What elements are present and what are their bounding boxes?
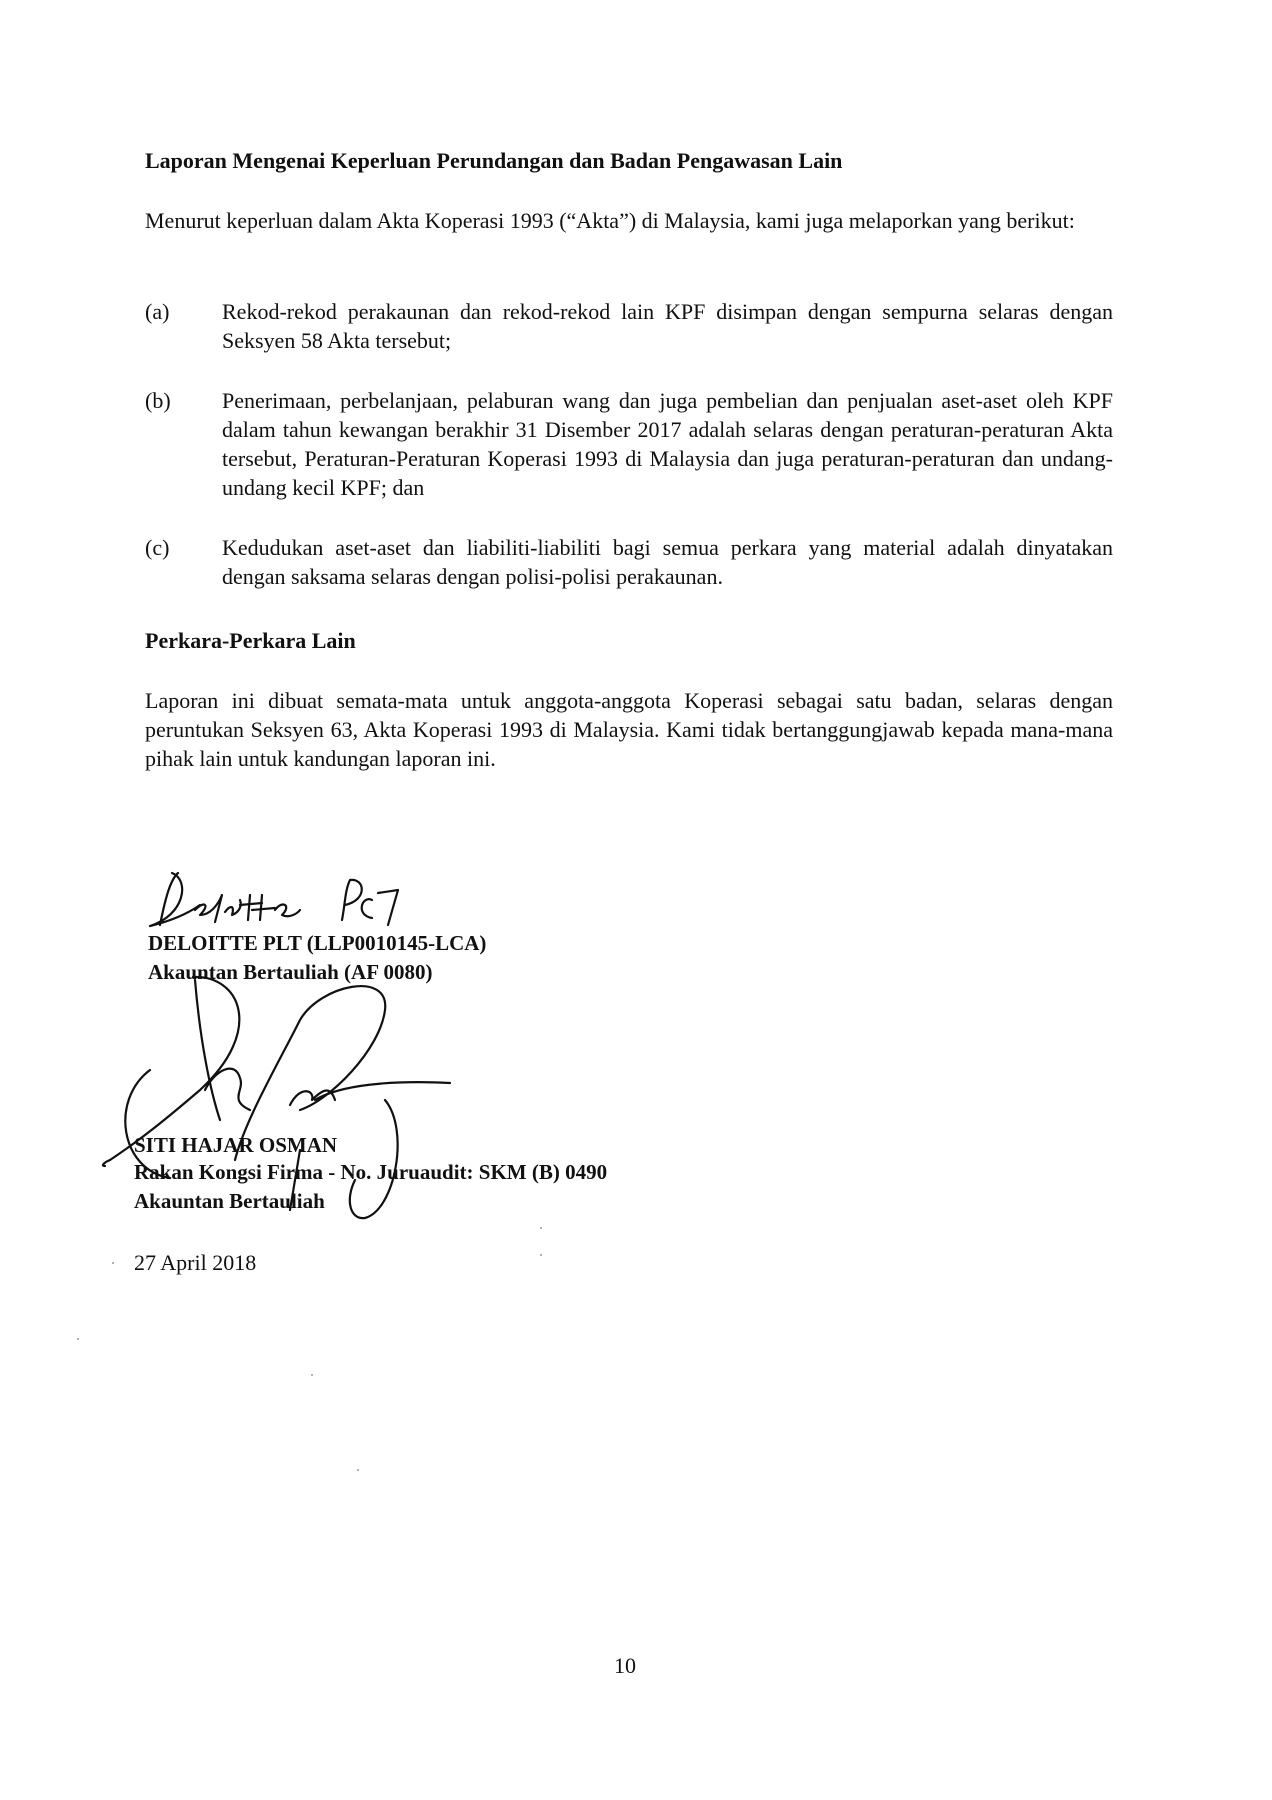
partner-role: Rakan Kongsi Firma - No. Juruaudit: SKM … bbox=[134, 1158, 607, 1187]
scan-speck bbox=[357, 1469, 359, 1471]
firm-name: DELOITTE PLT (LLP0010145-LCA) bbox=[148, 929, 486, 958]
scan-speck bbox=[112, 1262, 114, 1264]
scan-speck bbox=[311, 1374, 313, 1376]
other-matters-paragraph: Laporan ini dibuat semata-mata untuk ang… bbox=[145, 686, 1113, 773]
firm-designation: Akauntan Bertauliah (AF 0080) bbox=[148, 958, 433, 987]
report-date: 27 April 2018 bbox=[134, 1248, 256, 1277]
section-heading-statutory: Laporan Mengenai Keperluan Perundangan d… bbox=[145, 148, 842, 174]
partner-designation: Akauntan Bertauliah bbox=[134, 1187, 325, 1216]
scan-speck bbox=[540, 1227, 542, 1229]
partner-name: SITI HAJAR OSMAN bbox=[134, 1131, 337, 1160]
handwritten-signatures bbox=[0, 0, 1272, 1800]
section-heading-other-matters: Perkara-Perkara Lain bbox=[145, 628, 356, 654]
list-item-label: (b) bbox=[145, 386, 171, 415]
list-item-label: (a) bbox=[145, 297, 169, 326]
list-item-text: Kedudukan aset-aset dan liabiliti-liabil… bbox=[222, 533, 1113, 591]
page-number: 10 bbox=[614, 1651, 636, 1680]
intro-paragraph: Menurut keperluan dalam Akta Koperasi 19… bbox=[145, 206, 1113, 235]
list-item-text: Penerimaan, perbelanjaan, pelaburan wang… bbox=[222, 386, 1113, 502]
list-item-label: (c) bbox=[145, 533, 169, 562]
scan-speck bbox=[77, 1338, 79, 1340]
scan-speck bbox=[540, 1254, 542, 1256]
list-item-text: Rekod-rekod perakaunan dan rekod-rekod l… bbox=[222, 297, 1113, 355]
